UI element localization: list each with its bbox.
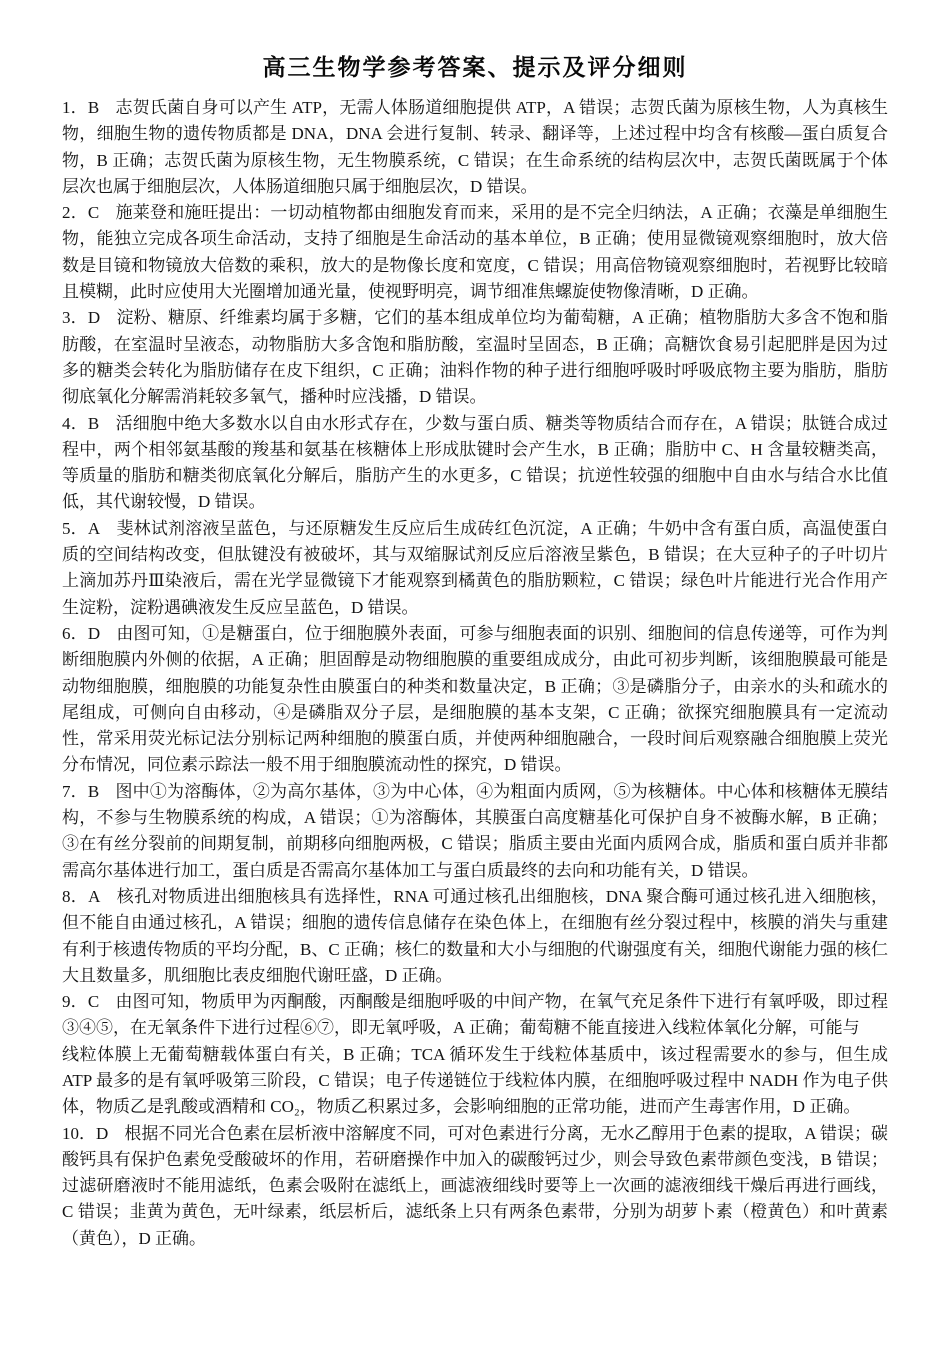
answer-choice: D <box>88 624 100 643</box>
answer-explanation: 淀粉、糖原、纤维素均属于多糖，它们的基本组成单位均为葡萄糖，A 正确；植物脂肪大… <box>62 308 888 406</box>
answer-explanation: 由图可知，①是糖蛋白，位于细胞膜外表面，可参与细胞表面的识别、细胞间的信息传递等… <box>62 624 888 774</box>
answer-choice: D <box>88 308 100 327</box>
answer-item-1: 1．B志贺氏菌自身可以产生 ATP，无需人体肠道细胞提供 ATP，A 错误；志贺… <box>62 95 888 200</box>
answer-explanation: 志贺氏菌自身可以产生 ATP，无需人体肠道细胞提供 ATP，A 错误；志贺氏菌为… <box>62 98 888 196</box>
answer-item-5: 5．A斐林试剂溶液呈蓝色，与还原糖发生反应后生成砖红色沉淀，A 正确；牛奶中含有… <box>62 516 888 621</box>
answer-item-8: 8．A核孔对物质进出细胞核具有选择性，RNA 可通过核孔出细胞核，DNA 聚合酶… <box>62 884 888 989</box>
answer-choice: C <box>88 203 99 222</box>
answer-number: 3． <box>62 308 88 327</box>
answer-choice: B <box>88 414 99 433</box>
answer-choice: C <box>88 992 99 1011</box>
answer-item-4: 4．B活细胞中绝大多数水以自由水形式存在，少数与蛋白质、糖类等物质结合而存在，A… <box>62 411 888 516</box>
answer-choice: B <box>88 782 99 801</box>
answer-explanation: 斐林试剂溶液呈蓝色，与还原糖发生反应后生成砖红色沉淀，A 正确；牛奶中含有蛋白质… <box>62 519 888 617</box>
answer-choice: A <box>88 519 100 538</box>
answer-item-2: 2．C施莱登和施旺提出：一切动植物都由细胞发育而来，采用的是不完全归纳法，A 正… <box>62 200 888 305</box>
answer-number: 4． <box>62 414 88 433</box>
answers-list: 1．B志贺氏菌自身可以产生 ATP，无需人体肠道细胞提供 ATP，A 错误；志贺… <box>62 95 888 1252</box>
answer-item-6: 6．D由图可知，①是糖蛋白，位于细胞膜外表面，可参与细胞表面的识别、细胞间的信息… <box>62 621 888 779</box>
answer-choice: B <box>88 98 99 117</box>
answer-number: 2． <box>62 203 88 222</box>
answer-item-3: 3．D淀粉、糖原、纤维素均属于多糖，它们的基本组成单位均为葡萄糖，A 正确；植物… <box>62 305 888 410</box>
answer-explanation: 施莱登和施旺提出：一切动植物都由细胞发育而来，采用的是不完全归纳法，A 正确；衣… <box>62 203 888 301</box>
answer-item-10: 10．D根据不同光合色素在层析液中溶解度不同，可对色素进行分离，无水乙醇用于色素… <box>62 1121 888 1252</box>
answer-number: 10． <box>62 1124 96 1143</box>
answer-explanation: 根据不同光合色素在层析液中溶解度不同，可对色素进行分离，无水乙醇用于色素的提取，… <box>62 1124 888 1248</box>
answer-number: 5． <box>62 519 88 538</box>
answer-explanation: 图中①为溶酶体，②为高尔基体，③为中心体，④为粗面内质网，⑤为核糖体。中心体和核… <box>62 782 888 880</box>
answer-explanation: 核孔对物质进出细胞核具有选择性，RNA 可通过核孔出细胞核，DNA 聚合酶可通过… <box>62 887 888 985</box>
answer-item-9: 9．C由图可知，物质甲为丙酮酸，丙酮酸是细胞呼吸的中间产物，在氧气充足条件下进行… <box>62 989 888 1120</box>
answer-item-7: 7．B图中①为溶酶体，②为高尔基体，③为中心体，④为粗面内质网，⑤为核糖体。中心… <box>62 779 888 884</box>
answer-number: 6． <box>62 624 88 643</box>
answer-explanation: 活细胞中绝大多数水以自由水形式存在，少数与蛋白质、糖类等物质结合而存在，A 错误… <box>62 414 888 512</box>
answer-explanation: 由图可知，物质甲为丙酮酸，丙酮酸是细胞呼吸的中间产物，在氧气充足条件下进行有氧呼… <box>62 992 892 1116</box>
document-title: 高三生物学参考答案、提示及评分细则 <box>62 50 888 84</box>
document-page: 高三生物学参考答案、提示及评分细则 1．B志贺氏菌自身可以产生 ATP，无需人体… <box>0 0 950 1345</box>
answer-choice: D <box>96 1124 108 1143</box>
answer-choice: A <box>88 887 100 906</box>
answer-number: 8． <box>62 887 88 906</box>
answer-number: 9． <box>62 992 88 1011</box>
answer-number: 7． <box>62 782 88 801</box>
answer-number: 1． <box>62 98 88 117</box>
